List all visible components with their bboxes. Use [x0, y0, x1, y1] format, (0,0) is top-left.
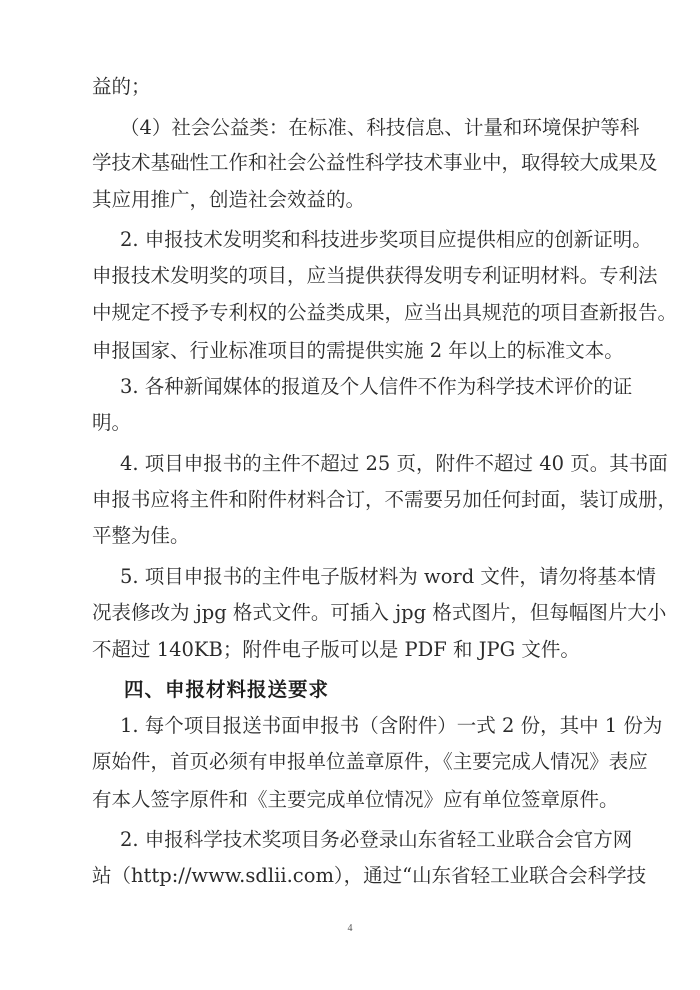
paragraph-line: 申报国家、行业标准项目的需提供实施 2 年以上的标准文本。: [92, 336, 607, 366]
section-heading: 四、申报材料报送要求: [124, 675, 329, 705]
paragraph-line: 原始件，首页必须有申报单位盖章原件，《主要完成人情况》表应: [92, 747, 607, 777]
paragraph-line: 其应用推广，创造社会效益的。: [92, 185, 607, 215]
paragraph-line: 申报技术发明奖的项目，应当提供获得发明专利证明材料。专利法: [92, 261, 607, 291]
paragraph-line: 中规定不授予专利权的公益类成果，应当出具规范的项目查新报告。: [92, 298, 607, 328]
paragraph-line: 平整为佳。: [92, 521, 607, 551]
paragraph-line: 益的；: [92, 72, 607, 102]
document-page: 益的； （4）社会公益类：在标准、科技信息、计量和环境保护等科 学技术基础性工作…: [0, 0, 700, 990]
paragraph-line: 3. 各种新闻媒体的报道及个人信件不作为科学技术评价的证: [120, 372, 607, 402]
paragraph-line: 有本人签字原件和《主要完成单位情况》应有单位签章原件。: [92, 785, 607, 815]
paragraph-line: 况表修改为 jpg 格式文件。可插入 jpg 格式图片，但每幅图片大小: [92, 598, 607, 628]
paragraph-line: 2. 申报技术发明奖和科技进步奖项目应提供相应的创新证明。: [120, 225, 607, 255]
paragraph-line: 4. 项目申报书的主件不超过 25 页，附件不超过 40 页。其书面: [120, 449, 607, 479]
paragraph-line: 申报书应将主件和附件材料合订，不需要另加任何封面，装订成册，: [92, 485, 607, 515]
paragraph-line: 学技术基础性工作和社会公益性科学技术事业中，取得较大成果及: [92, 148, 607, 178]
paragraph-line: 2. 申报科学技术奖项目务必登录山东省轻工业联合会官方网: [120, 825, 607, 855]
paragraph-line: （4）社会公益类：在标准、科技信息、计量和环境保护等科: [120, 113, 607, 143]
paragraph-line: 站（http://www.sdlii.com），通过“山东省轻工业联合会科学技: [92, 861, 607, 891]
paragraph-line: 不超过 140KB；附件电子版可以是 PDF 和 JPG 文件。: [92, 635, 607, 665]
paragraph-line: 明。: [92, 408, 607, 438]
paragraph-line: 5. 项目申报书的主件电子版材料为 word 文件，请勿将基本情: [120, 562, 607, 592]
paragraph-line: 1. 每个项目报送书面申报书（含附件）一式 2 份，其中 1 份为: [120, 711, 607, 741]
page-number: 4: [340, 923, 360, 934]
